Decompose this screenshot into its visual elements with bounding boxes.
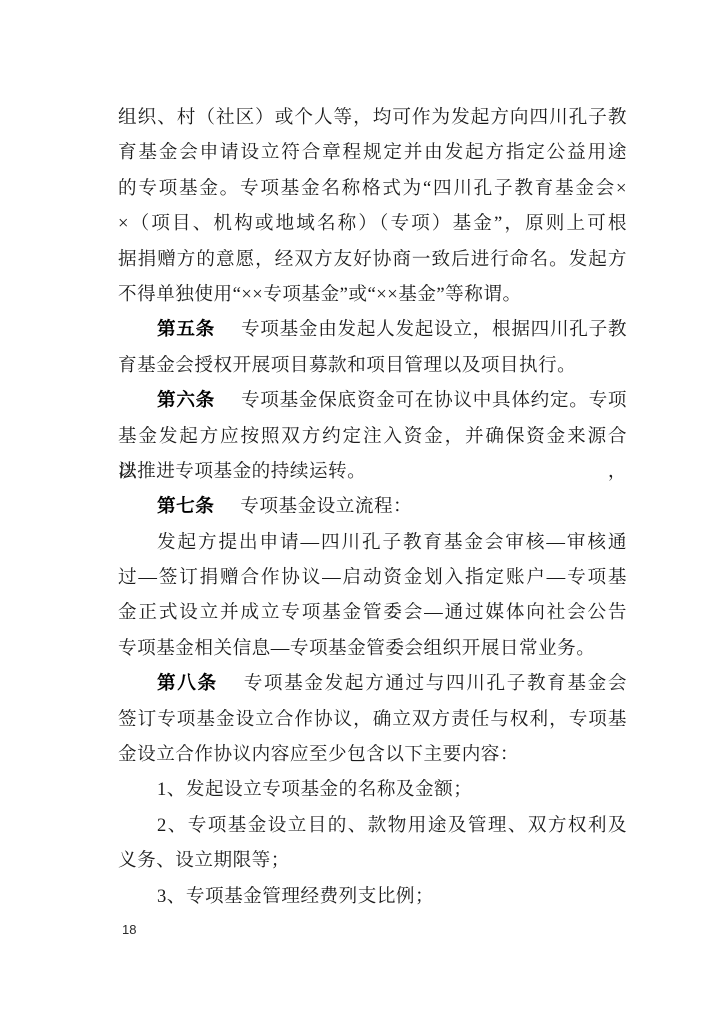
article-7-number: 第七条 bbox=[157, 496, 214, 517]
paragraph-line: 据捐赠方的意愿，经双方友好协商一致后进行命名。发起方 bbox=[118, 242, 627, 277]
paragraph-line: 金设立合作协议内容应至少包含以下主要内容： bbox=[118, 737, 627, 772]
article-6-line: 第六条专项基金保底资金可在协议中具体约定。专项 bbox=[118, 383, 627, 418]
document-page: 组织、村（社区）或个人等，均可作为发起方向四川孔子教 育基金会申请设立符合章程规… bbox=[0, 0, 720, 1018]
list-item-1: 1、发起设立专项基金的名称及金额； bbox=[118, 772, 627, 807]
article-5-number: 第五条 bbox=[157, 319, 215, 340]
page-number: 18 bbox=[122, 922, 136, 937]
paragraph-line: 基金发起方应按照双方约定注入资金，并确保资金来源合法， bbox=[118, 419, 627, 454]
line-text: 专项基金设立流程： bbox=[240, 496, 412, 517]
article-5-line: 第五条专项基金由发起人发起设立，根据四川孔子教 bbox=[118, 312, 627, 347]
article-8-line: 第八条专项基金发起方通过与四川孔子教育基金会 bbox=[118, 666, 627, 701]
list-item-2-continued: 义务、设立期限等； bbox=[118, 843, 627, 878]
paragraph-line: 签订专项基金设立合作协议，确立双方责任与权利，专项基 bbox=[118, 702, 627, 737]
article-8-number: 第八条 bbox=[157, 673, 218, 694]
line-text: 专项基金由发起人发起设立，根据四川孔子教 bbox=[241, 319, 627, 340]
paragraph-line: 育基金会申请设立符合章程规定并由发起方指定公益用途 bbox=[118, 135, 627, 170]
paragraph-line: 发起方提出申请—四川孔子教育基金会审核—审核通 bbox=[118, 525, 627, 560]
line-text: 专项基金发起方通过与四川孔子教育基金会 bbox=[244, 673, 627, 694]
paragraph-line: 组织、村（社区）或个人等，均可作为发起方向四川孔子教 bbox=[118, 100, 627, 135]
article-7-line: 第七条专项基金设立流程： bbox=[118, 489, 627, 524]
document-body: 组织、村（社区）或个人等，均可作为发起方向四川孔子教 育基金会申请设立符合章程规… bbox=[118, 100, 627, 914]
paragraph-line: ×（项目、机构或地域名称）（专项）基金”，原则上可根 bbox=[118, 206, 627, 241]
list-item-3: 3、专项基金管理经费列支比例； bbox=[118, 879, 627, 914]
line-text: 专项基金保底资金可在协议中具体约定。专项 bbox=[241, 390, 627, 411]
paragraph-line: 专项基金相关信息—专项基金管委会组织开展日常业务。 bbox=[118, 631, 627, 666]
article-6-number: 第六条 bbox=[157, 390, 215, 411]
paragraph-line: 育基金会授权开展项目募款和项目管理以及项目执行。 bbox=[118, 348, 627, 383]
paragraph-line: 金正式设立并成立专项基金管委会—通过媒体向社会公告 bbox=[118, 595, 627, 630]
paragraph-line: 过—签订捐赠合作协议—启动资金划入指定账户—专项基 bbox=[118, 560, 627, 595]
paragraph-line: 不得单独使用“××专项基金”或“××基金”等称谓。 bbox=[118, 277, 627, 312]
list-item-2: 2、专项基金设立目的、款物用途及管理、双方权利及 bbox=[118, 808, 627, 843]
paragraph-line: 的专项基金。专项基金名称格式为“四川孔子教育基金会× bbox=[118, 171, 627, 206]
